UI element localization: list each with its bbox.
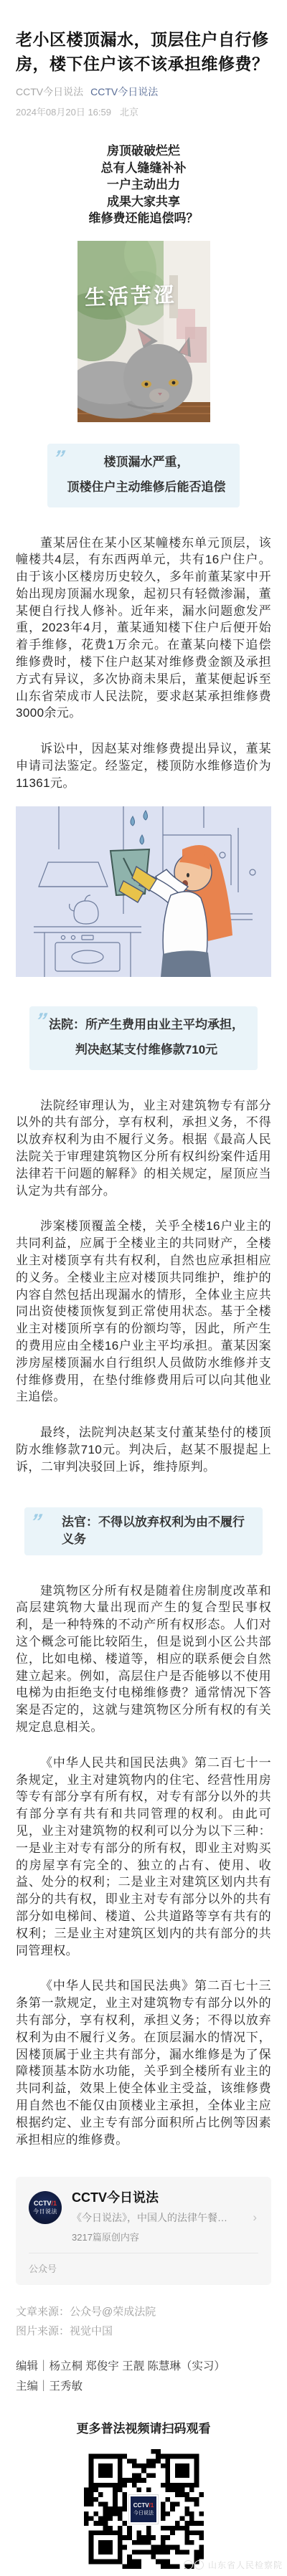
quote-line: 顶楼住户主动维修后能否追偿 bbox=[66, 479, 227, 496]
byline-row: CCTV今日说法CCTV今日说法 bbox=[16, 85, 271, 98]
account-type-label: 公众号 bbox=[29, 2253, 258, 2276]
quote-line: 判决赵某支付维修款710元 bbox=[48, 1041, 245, 1059]
cat-photo: 生活苦涩 bbox=[77, 241, 210, 422]
watermark-text: 山东省人民检察院 bbox=[208, 2559, 283, 2571]
quote-block-judge-comment: ” 法官：不得以放弃权利为由不履行义务 bbox=[24, 1507, 263, 1555]
chief-editor-line: 主编｜王秀敏 bbox=[16, 2377, 271, 2397]
publish-date: 2024年08月20日 16:59 bbox=[16, 107, 111, 118]
chevron-right-icon[interactable]: › bbox=[253, 2210, 257, 2225]
quote-mark-icon: ” bbox=[28, 1512, 43, 1533]
cat-photo-caption: 生活苦涩 bbox=[84, 277, 210, 310]
paragraph: 建筑物区分所有权是随着住房制度改革和高层建筑物大量出现而产生的复合型民事权利，是… bbox=[16, 1583, 271, 1736]
article-title: 老小区楼顶漏水，顶层住户自行修房，楼下住户该不该承担维修费？ bbox=[16, 27, 271, 76]
publish-location: 北京 bbox=[120, 107, 138, 118]
account-original-count: 3217篇原创内容 bbox=[72, 2230, 258, 2243]
intro-line: 房顶破破烂烂 bbox=[16, 143, 271, 160]
cctv-account-logo-icon: CCTV/1 今日说法 bbox=[29, 2191, 62, 2224]
intro-verse: 房顶破破烂烂 总有人缝缝补补 一户主动出力 成果大家共享 维修费还能追偿吗？ bbox=[16, 143, 271, 227]
official-account-card[interactable]: CCTV/1 今日说法 CCTV今日说法 《今日说法》，中国人的法律午餐… › … bbox=[16, 2177, 271, 2285]
paragraph: 最终，法院判决赵某支付董某垫付的楼顶防水维修款710元。判决后，赵某不服提起上诉… bbox=[16, 1424, 271, 1475]
image-source-line: 图片来源：视觉中国 bbox=[16, 2322, 271, 2341]
quote-block-topic: ” 楼顶漏水严重， 顶楼住户主动维修后能否追偿 bbox=[47, 444, 240, 507]
quote-line: 楼顶漏水严重， bbox=[66, 454, 227, 471]
credits: 编辑｜杨立桐 郑俊宇 王靓 陈慧琳（实习） 主编｜王秀敏 bbox=[16, 2357, 271, 2397]
qr-code-tip: 更多普法视频请扫码观看 bbox=[16, 2418, 271, 2436]
quote-block-court-ruling: ” 法院：所产生费用由业主平均承担， 判决赵某支付维修款710元 bbox=[29, 1006, 258, 1070]
account-description: 《今日说法》，中国人的法律午餐… bbox=[72, 2211, 243, 2225]
quote-line: 法官：不得以放弃权利为由不履行义务 bbox=[62, 1514, 250, 1548]
cat-photo-art bbox=[77, 241, 210, 422]
quote-mark-icon: ” bbox=[33, 1011, 48, 1032]
source-account-link[interactable]: CCTV今日说法 bbox=[90, 86, 158, 97]
paragraph: 《中华人民共和国民法典》第二百七十一条规定，业主对建筑物内的住宅、经营性用房等专… bbox=[16, 1755, 271, 1960]
intro-line: 成果大家共享 bbox=[16, 194, 271, 211]
leak-illustration-art bbox=[16, 806, 271, 977]
watermark: 山东省人民检察院 bbox=[184, 2559, 283, 2571]
legal-analysis-paragraphs: 建筑物区分所有权是随着住房制度改革和高层建筑物大量出现而产生的复合型民事权利，是… bbox=[16, 1583, 271, 2149]
account-name: CCTV今日说法 bbox=[72, 2189, 258, 2206]
paragraph: 《中华人民共和国民法典》第二百七十三条第一款规定，业主对建筑物专有部分以外的共有… bbox=[16, 1978, 271, 2148]
watermark-icon bbox=[184, 2560, 205, 2570]
qr-center-logo-icon: CCTV/1 今日说法 bbox=[129, 2495, 158, 2524]
quote-line: 法院：所产生费用由业主平均承担， bbox=[48, 1016, 245, 1034]
source-attribution: 文章来源：公众号@荣成法院 图片来源：视觉中国 bbox=[16, 2302, 271, 2341]
date-row: 2024年08月20日 16:59北京 bbox=[16, 105, 271, 118]
ruling-paragraphs: 法院经审理认为，业主对建筑物专有部分以外的共有部分，享有权利，承担义务，不得以放… bbox=[16, 1097, 271, 1476]
intro-line: 一户主动出力 bbox=[16, 176, 271, 194]
leak-illustration bbox=[16, 806, 271, 977]
article-source-line: 文章来源：公众号@荣成法院 bbox=[16, 2302, 271, 2322]
quote-mark-icon: ” bbox=[51, 448, 66, 469]
paragraph: 董某居住在某小区某幢楼东单元顶层，该幢楼共4层，有东西两单元，共有16户住户。由… bbox=[16, 535, 271, 722]
paragraph: 法院经审理认为，业主对建筑物专有部分以外的共有部分，享有权利，承担义务，不得以放… bbox=[16, 1097, 271, 1200]
paragraph: 涉案楼顶覆盖全楼，关乎全楼16户业主的共同利益，应属于全楼业主的共同财产，全楼业… bbox=[16, 1218, 271, 1406]
article-page: 老小区楼顶漏水，顶层住户自行修房，楼下住户该不该承担维修费？ CCTV今日说法C… bbox=[0, 0, 287, 2576]
account-card-body: CCTV今日说法 《今日说法》，中国人的法律午餐… › 3217篇原创内容 bbox=[72, 2189, 258, 2243]
source-name: CCTV今日说法 bbox=[16, 86, 83, 97]
paragraph: 诉讼中，因赵某对维修费提出异议，董某申请司法鉴定。经鉴定，楼顶防水维修造价为11… bbox=[16, 740, 271, 791]
intro-line: 总有人缝缝补补 bbox=[16, 160, 271, 177]
editors-line: 编辑｜杨立桐 郑俊宇 王靓 陈慧琳（实习） bbox=[16, 2357, 271, 2377]
intro-line: 维修费还能追偿吗？ bbox=[16, 210, 271, 227]
case-paragraphs: 董某居住在某小区某幢楼东单元顶层，该幢楼共4层，有东西两单元，共有16户住户。由… bbox=[16, 535, 271, 792]
qr-code: CCTV/1 今日说法 bbox=[84, 2449, 204, 2569]
account-card-top: CCTV/1 今日说法 CCTV今日说法 《今日说法》，中国人的法律午餐… › … bbox=[29, 2189, 258, 2243]
